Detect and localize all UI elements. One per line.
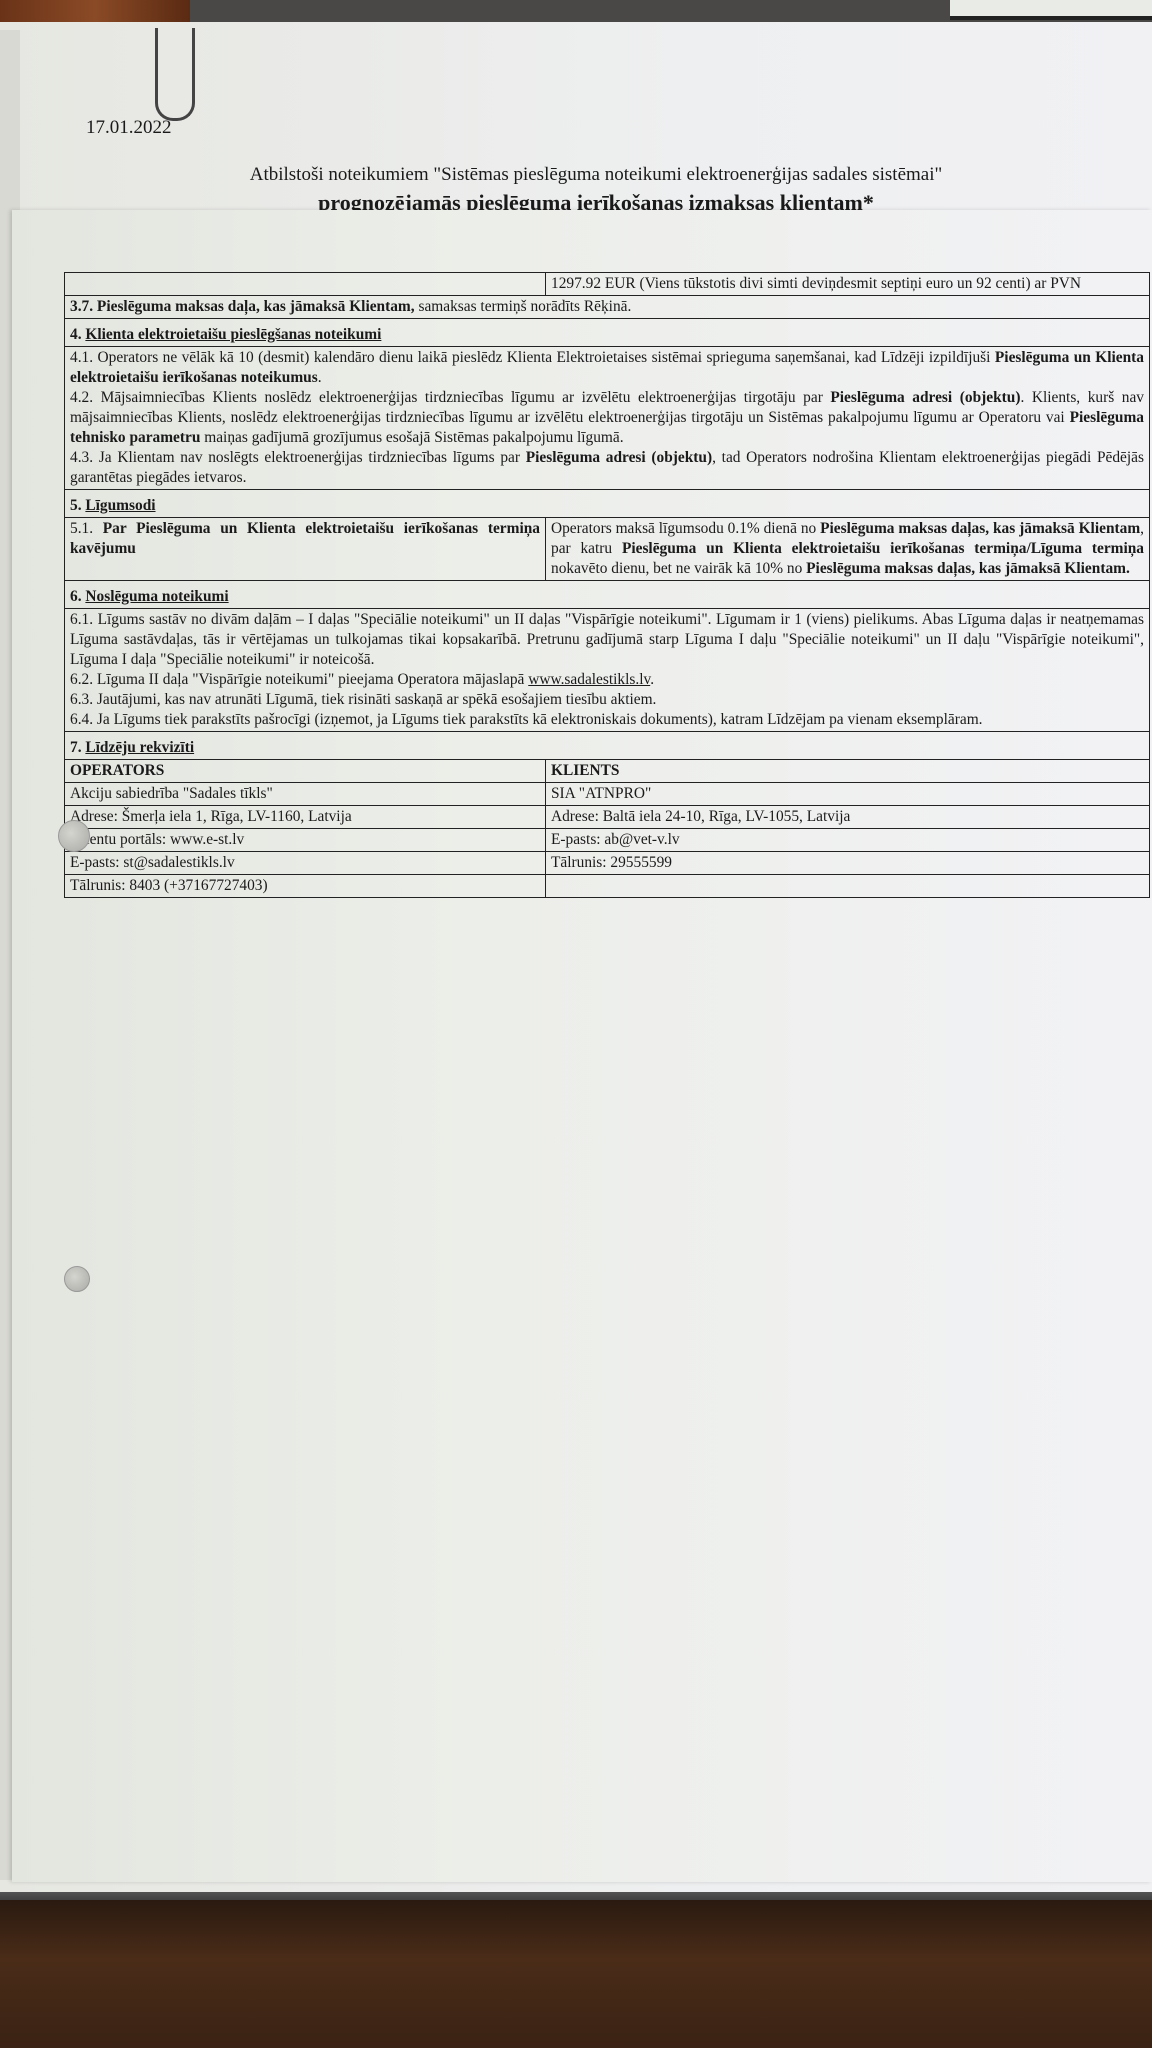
operator-address: Adrese: Šmerļa iela 1, Rīga, LV-1160, La… [65,806,546,829]
section-7-heading: 7. Līdzēju rekvizīti [65,732,1150,760]
section-4-heading: 4. Klienta elektroietaišu pieslēgšanas n… [65,319,1150,347]
wooden-desk-background-bottom [0,1900,1152,2048]
operator-heading: OPERATORS [65,760,546,783]
client-email: E-pasts: ab@vet-v.lv [546,829,1150,852]
amount-row: 1297.92 EUR (Viens tūkstotis divi simti … [65,273,1150,296]
operator-phone: Tālrunis: 8403 (+37167727403) [65,875,546,898]
section-4-body: 4.1. Operators ne vēlāk kā 10 (desmit) k… [65,347,1150,490]
section-5-1-right: Operators maksā līgumsodu 0.1% dienā no … [546,518,1150,581]
operator-portal: Klientu portāls: www.e-st.lv [65,829,546,852]
section-3-7-row: 3.7. Pieslēguma maksas daļa, kas jāmaksā… [65,296,1150,319]
section-4-heading-row: 4. Klienta elektroietaišu pieslēgšanas n… [65,319,1150,347]
parties-row: Akciju sabiedrība "Sadales tīkls" SIA "A… [65,783,1150,806]
section-5-1-left: 5.1. Par Pieslēguma un Klienta elektroie… [65,518,546,581]
card-edge [950,0,1152,20]
client-phone: Tālrunis: 29555599 [546,852,1150,875]
parties-row: Tālrunis: 8403 (+37167727403) [65,875,1150,898]
parties-row: E-pasts: st@sadalestikls.lv Tālrunis: 29… [65,852,1150,875]
header-regulation-line: Atbilstoši noteikumiem "Sistēmas pieslēg… [0,164,1152,186]
client-heading: KLIENTS [546,760,1150,783]
section-6-heading-row: 6. Noslēguma noteikumi [65,581,1150,609]
paper-clip-icon [155,28,195,121]
parties-heading-row: OPERATORS KLIENTS [65,760,1150,783]
operator-name: Akciju sabiedrība "Sadales tīkls" [65,783,546,806]
section-4-body-row: 4.1. Operators ne vēlāk kā 10 (desmit) k… [65,347,1150,490]
operator-email: E-pasts: st@sadalestikls.lv [65,852,546,875]
client-empty-cell [546,875,1150,898]
contract-table: 1297.92 EUR (Viens tūkstotis divi simti … [64,272,1150,898]
document-date: 17.01.2022 [86,117,172,139]
client-name: SIA "ATNPRO" [546,783,1150,806]
operator-website-link[interactable]: www.sadalestikls.lv [528,671,650,688]
amount-label-cell [65,273,546,296]
section-6-body-row: 6.1. Līgums sastāv no divām daļām – I da… [65,609,1150,732]
section-6-heading: 6. Noslēguma noteikumi [65,581,1150,609]
section-3-7: 3.7. Pieslēguma maksas daļa, kas jāmaksā… [65,296,1150,319]
section-7-heading-row: 7. Līdzēju rekvizīti [65,732,1150,760]
section-5-heading-row: 5. Līgumsodi [65,490,1150,518]
parties-row: Adrese: Šmerļa iela 1, Rīga, LV-1160, La… [65,806,1150,829]
section-5-body-row: 5.1. Par Pieslēguma un Klienta elektroie… [65,518,1150,581]
section-6-body: 6.1. Līgums sastāv no divām daļām – I da… [65,609,1150,732]
client-address: Adrese: Baltā iela 24-10, Rīga, LV-1055,… [546,806,1150,829]
punch-hole-icon [64,1266,90,1292]
parties-row: Klientu portāls: www.e-st.lv E-pasts: ab… [65,829,1150,852]
section-5-heading: 5. Līgumsodi [65,490,1150,518]
punch-hole-icon [58,820,90,852]
amount-value: 1297.92 EUR (Viens tūkstotis divi simti … [546,273,1150,296]
